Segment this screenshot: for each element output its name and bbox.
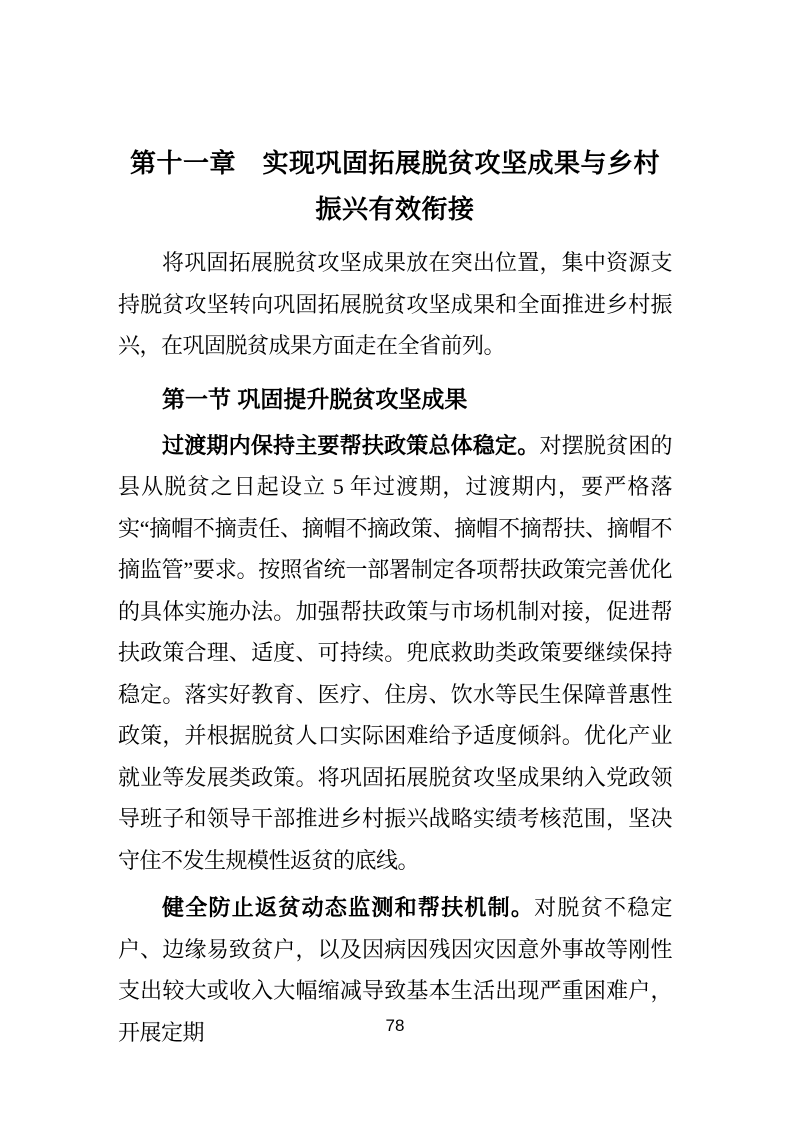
chapter-title-line-2: 振兴有效衔接 (118, 186, 672, 232)
chapter-title-line-1: 第十一章 实现巩固拓展脱贫攻坚成果与乡村 (118, 140, 672, 186)
page-content: 第十一章 实现巩固拓展脱贫攻坚成果与乡村 振兴有效衔接 将巩固拓展脱贫攻坚成果放… (118, 140, 672, 1053)
paragraph-policy-stability-text: 对摆脱贫困的县从脱贫之日起设立 5 年过渡期，过渡期内，要严格落实“摘帽不摘责任… (118, 433, 672, 873)
document-page: 第十一章 实现巩固拓展脱贫攻坚成果与乡村 振兴有效衔接 将巩固拓展脱贫攻坚成果放… (0, 0, 790, 1122)
chapter-title: 第十一章 实现巩固拓展脱贫攻坚成果与乡村 振兴有效衔接 (118, 140, 672, 232)
paragraph-policy-stability-lead: 过渡期内保持主要帮扶政策总体稳定。 (162, 433, 539, 458)
section-heading: 第一节 巩固提升脱贫攻坚成果 (118, 379, 672, 419)
paragraph-policy-stability: 过渡期内保持主要帮扶政策总体稳定。对摆脱贫困的县从脱贫之日起设立 5 年过渡期，… (118, 425, 672, 882)
intro-paragraph: 将巩固拓展脱贫攻坚成果放在突出位置，集中资源支持脱贫攻坚转向巩固拓展脱贫攻坚成果… (118, 242, 672, 367)
paragraph-monitoring-mechanism-lead: 健全防止返贫动态监测和帮扶机制。 (162, 895, 534, 920)
page-number: 78 (0, 1016, 790, 1036)
